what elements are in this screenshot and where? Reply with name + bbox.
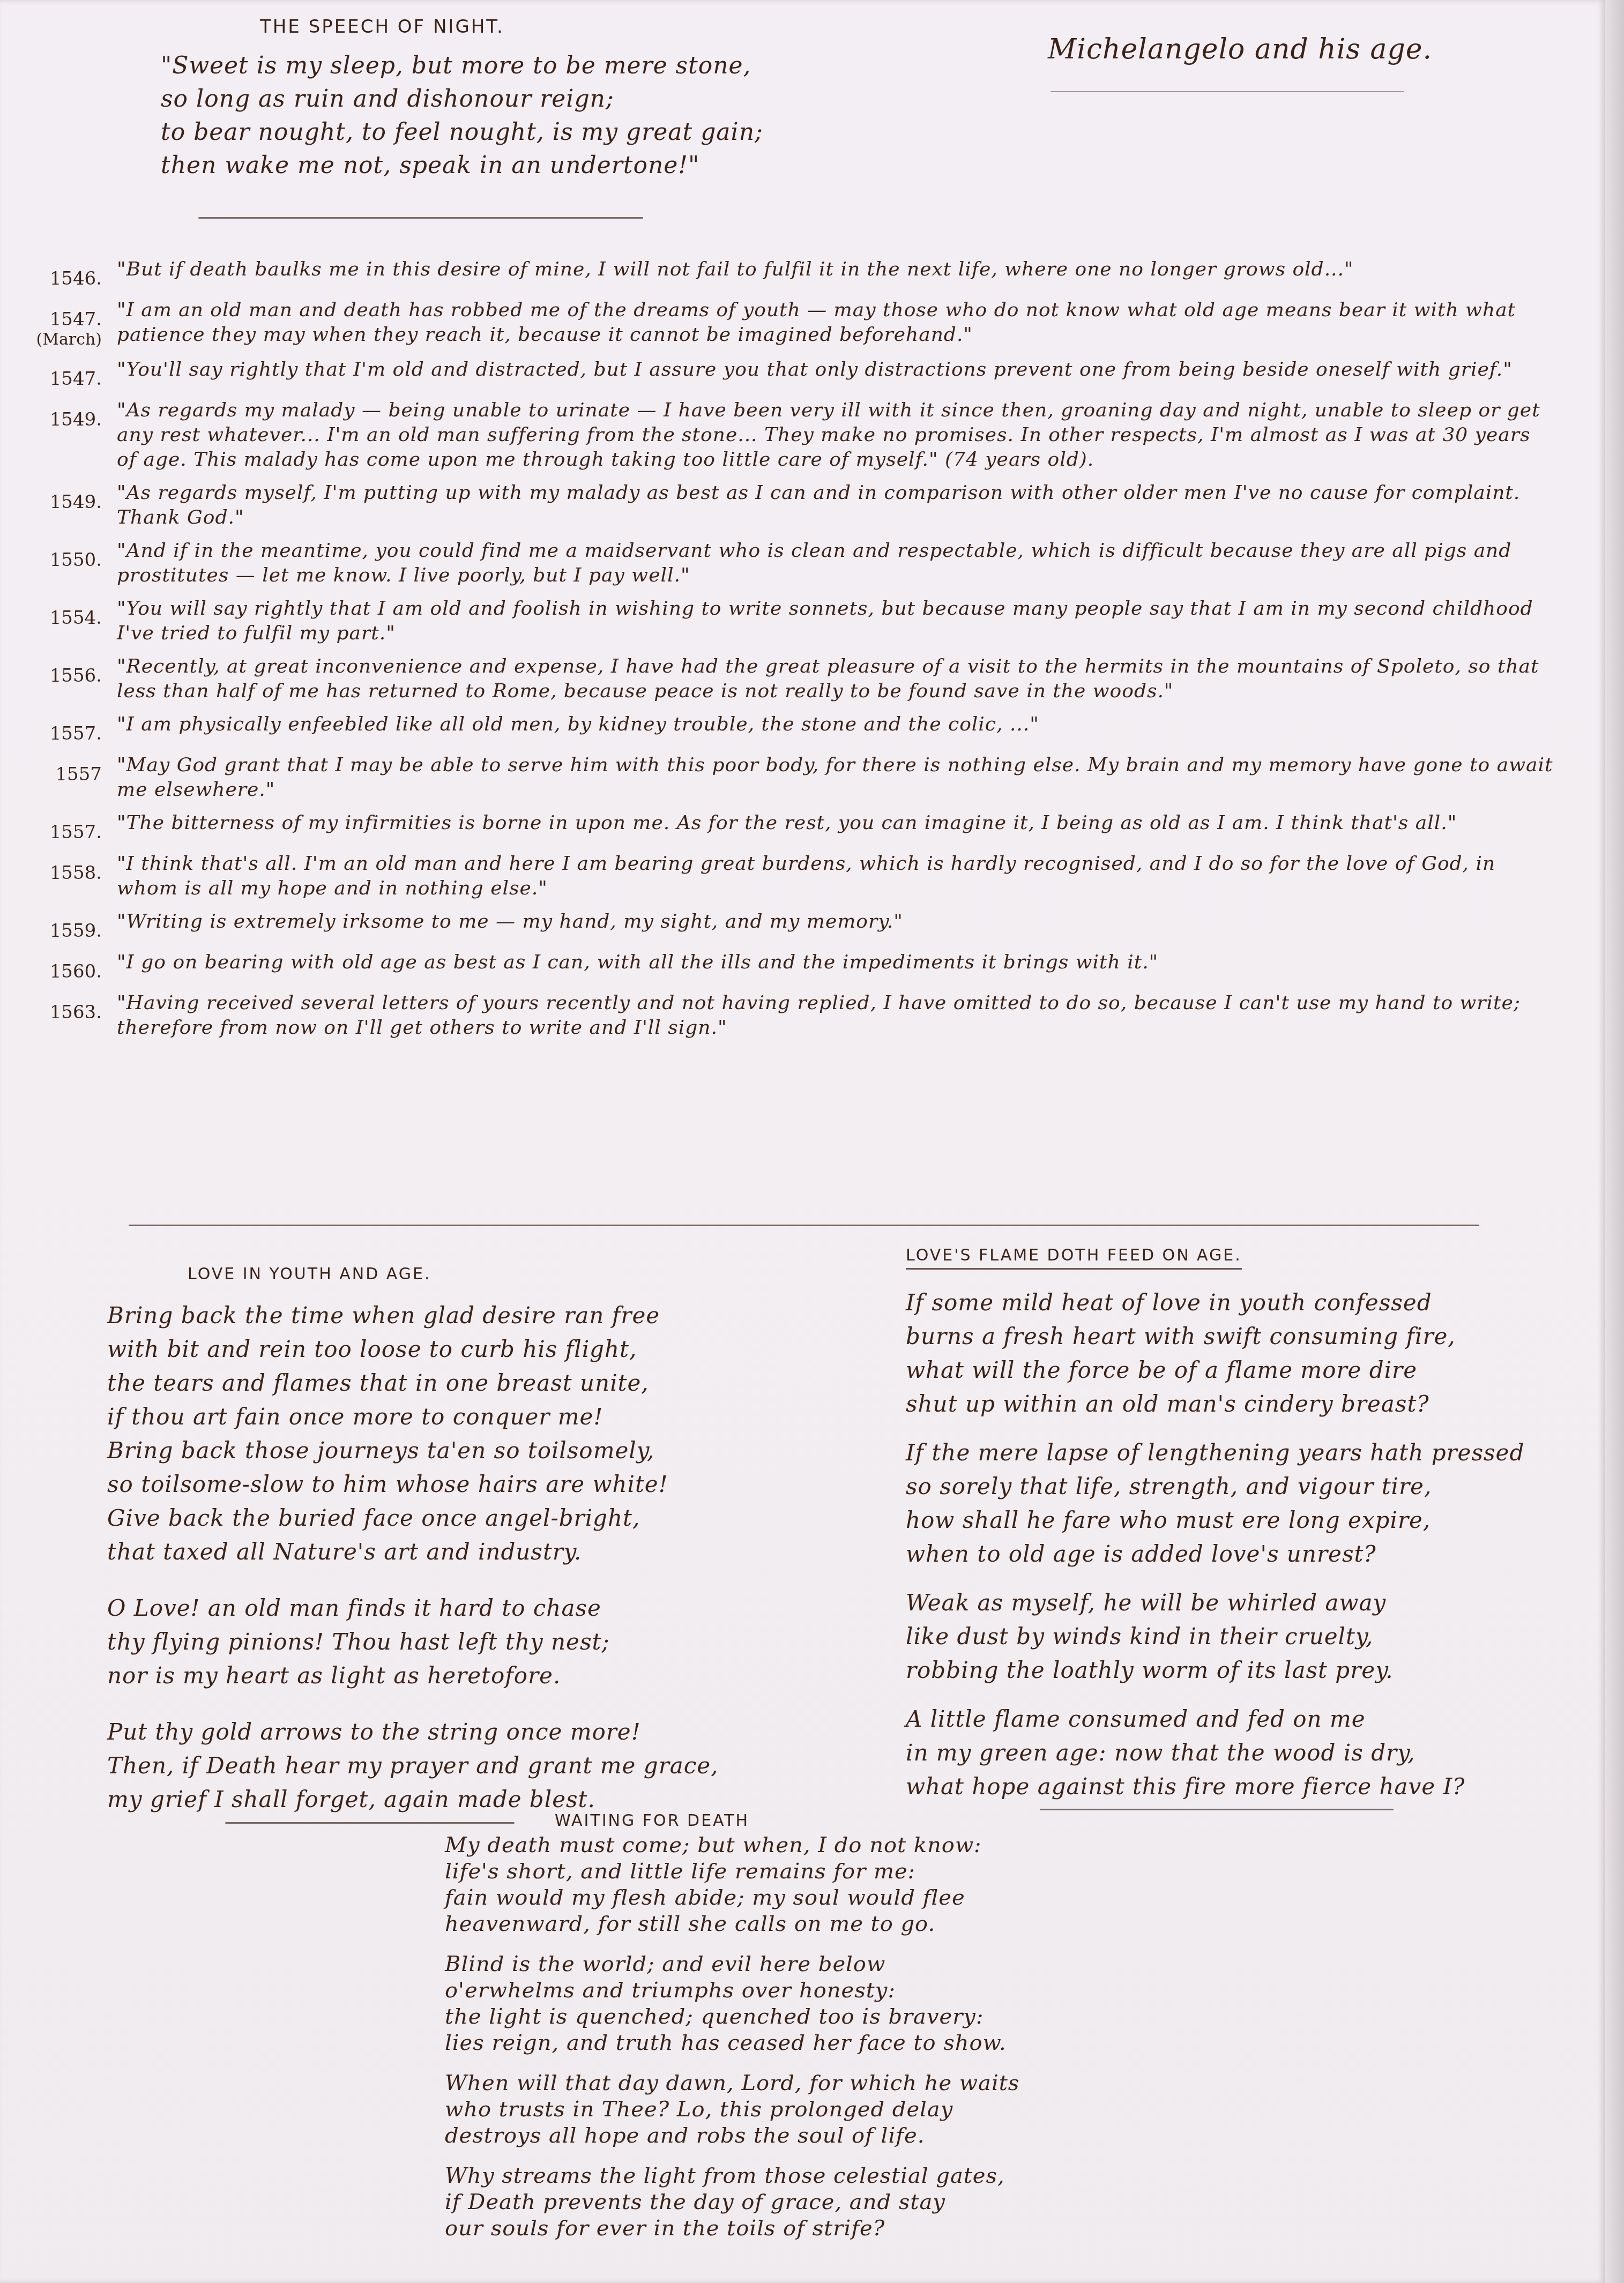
entry-text: "Having received several letters of your…: [117, 991, 1554, 1040]
book-title: Michelangelo and his age.: [1048, 33, 1432, 65]
letter-entry: 1550."And if in the meantime, you could …: [0, 539, 1554, 588]
letter-entry: 1563."Having received several letters of…: [0, 991, 1554, 1040]
entry-date: 1556.: [0, 654, 117, 704]
poem-stanza: If the mere lapse of lengthening years h…: [906, 1436, 1603, 1571]
poem-title: Love's Flame Doth Feed On Age.: [906, 1246, 1242, 1270]
speech-of-night-lines: "Sweet is my sleep, but more to be mere …: [161, 49, 858, 182]
entry-date: 1549.: [0, 481, 117, 530]
letter-entry: 1560."I go on bearing with old age as be…: [0, 950, 1554, 982]
letter-excerpts: 1546."But if death baulks me in this des…: [0, 257, 1554, 1049]
entry-date: 1563.: [0, 991, 117, 1040]
entry-text: "May God grant that I may be able to ser…: [117, 753, 1554, 802]
speech-of-night-title: The Speech of Night.: [260, 16, 858, 38]
entry-date: 1547.(March): [0, 298, 117, 349]
poem-stanza: If some mild heat of love in youth confe…: [906, 1286, 1603, 1421]
letter-entry: 1559."Writing is extremely irksome to me…: [0, 909, 1554, 942]
poem-stanza: Put thy gold arrows to the string once m…: [107, 1715, 858, 1816]
verse-line: to bear nought, to feel nought, is my gr…: [161, 116, 858, 149]
verse-line: then wake me not, speak in an undertone!…: [161, 149, 858, 182]
letter-entry: 1557."The bitterness of my infirmities i…: [0, 811, 1554, 843]
entry-text: "You will say rightly that I am old and …: [117, 596, 1554, 646]
entry-date: 1559.: [0, 909, 117, 942]
poem-stanza: When will that day dawn, Lord, for which…: [445, 2070, 1185, 2149]
entry-text: "I am an old man and death has robbed me…: [117, 298, 1554, 349]
entry-date: 1549.: [0, 398, 117, 472]
poem-stanza: A little flame consumed and fed on me in…: [906, 1702, 1603, 1803]
poem-waiting-for-death: Waiting for Death My death must come; bu…: [445, 1811, 1185, 2256]
entry-text: "I am physically enfeebled like all old …: [117, 712, 1554, 744]
entry-date-year: 1547.: [50, 309, 102, 330]
divider-right: [1040, 1809, 1394, 1810]
verse-line: "Sweet is my sleep, but more to be mere …: [161, 49, 858, 83]
letter-entry: 1547."You'll say rightly that I'm old an…: [0, 357, 1554, 390]
divider-arrow: [198, 217, 643, 219]
entry-text: "But if death baulks me in this desire o…: [117, 257, 1554, 289]
entry-date: 1557: [0, 753, 117, 802]
poem-stanza: O Love! an old man finds it hard to chas…: [107, 1591, 858, 1692]
poem-stanza: Blind is the world; and evil here below …: [445, 1951, 1185, 2056]
entry-text: "As regards myself, I'm putting up with …: [117, 481, 1554, 530]
entry-date: 1557.: [0, 811, 117, 843]
letter-entry: 1547.(March)"I am an old man and death h…: [0, 298, 1554, 349]
entry-date: 1558.: [0, 852, 117, 901]
poem-title: Waiting for Death: [555, 1811, 1185, 1830]
poem-love-in-youth-and-age: Love in Youth and Age. Bring back the ti…: [107, 1265, 858, 1839]
entry-date-note: (March): [0, 330, 102, 349]
poem-title: Love in Youth and Age.: [188, 1265, 858, 1284]
letter-entry: 1554."You will say rightly that I am old…: [0, 596, 1554, 646]
entry-text: "As regards my malady — being unable to …: [117, 398, 1554, 472]
verse-line: so long as ruin and dishonour reign;: [161, 83, 858, 116]
entry-date: 1546.: [0, 257, 117, 289]
entry-text: "I think that's all. I'm an old man and …: [117, 852, 1554, 901]
entry-date: 1557.: [0, 712, 117, 744]
entry-text: "You'll say rightly that I'm old and dis…: [117, 357, 1554, 390]
letter-entry: 1549."As regards myself, I'm putting up …: [0, 481, 1554, 530]
speech-of-night: The Speech of Night. "Sweet is my sleep,…: [161, 16, 858, 182]
entry-date: 1560.: [0, 950, 117, 982]
entry-text: "Writing is extremely irksome to me — my…: [117, 909, 1554, 942]
poem-stanza: Bring back the time when glad desire ran…: [107, 1299, 858, 1569]
entry-date: 1547.: [0, 357, 117, 390]
entry-text: "I go on bearing with old age as best as…: [117, 950, 1554, 982]
letter-entry: 1549."As regards my malady — being unabl…: [0, 398, 1554, 472]
entry-date: 1550.: [0, 539, 117, 588]
page-edge: [1605, 0, 1624, 2283]
title-underline: [1051, 91, 1404, 92]
poem-stanza: Why streams the light from those celesti…: [445, 2163, 1185, 2242]
letter-entry: 1558."I think that's all. I'm an old man…: [0, 852, 1554, 901]
letter-entry: 1557."I am physically enfeebled like all…: [0, 712, 1554, 744]
entry-text: "The bitterness of my infirmities is bor…: [117, 811, 1554, 843]
entry-text: "And if in the meantime, you could find …: [117, 539, 1554, 588]
poem-stanza: My death must come; but when, I do not k…: [445, 1832, 1185, 1937]
letter-entry: 1556."Recently, at great inconvenience a…: [0, 654, 1554, 704]
manuscript-page: The Speech of Night. "Sweet is my sleep,…: [0, 0, 1605, 2283]
poem-loves-flame: Love's Flame Doth Feed On Age. If some m…: [906, 1246, 1603, 1818]
letter-entry: 1557"May God grant that I may be able to…: [0, 753, 1554, 802]
poem-stanza: Weak as myself, he will be whirled away …: [906, 1586, 1603, 1687]
entry-date: 1554.: [0, 596, 117, 646]
section-divider: [129, 1225, 1479, 1226]
entry-text: "Recently, at great inconvenience and ex…: [117, 654, 1554, 704]
letter-entry: 1546."But if death baulks me in this des…: [0, 257, 1554, 289]
